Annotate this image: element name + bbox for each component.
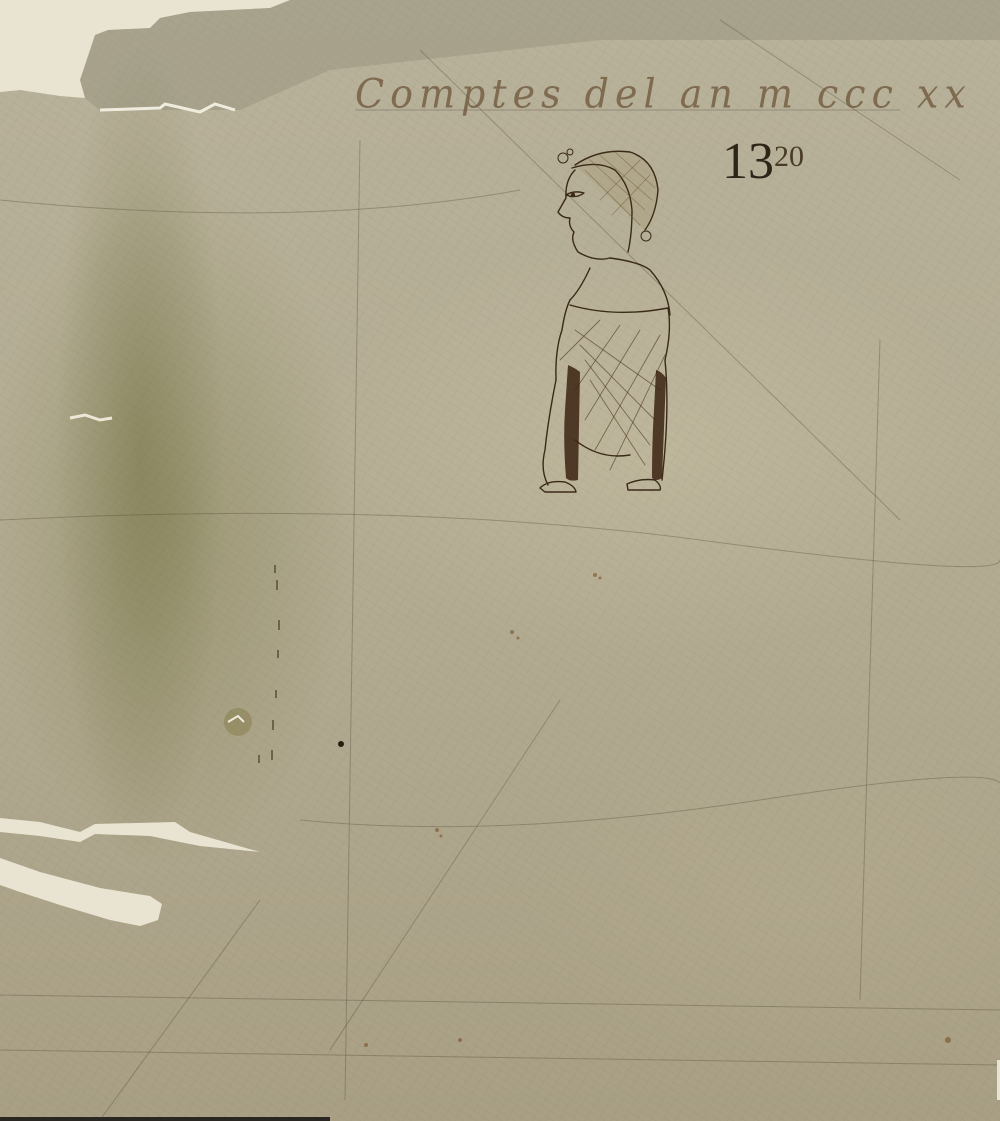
- scan-edge-shadow: [0, 1117, 330, 1121]
- figure-drawing-icon: [0, 0, 1000, 1121]
- parchment-sheet: Comptes del an m ccc xx 1320: [0, 0, 1000, 1121]
